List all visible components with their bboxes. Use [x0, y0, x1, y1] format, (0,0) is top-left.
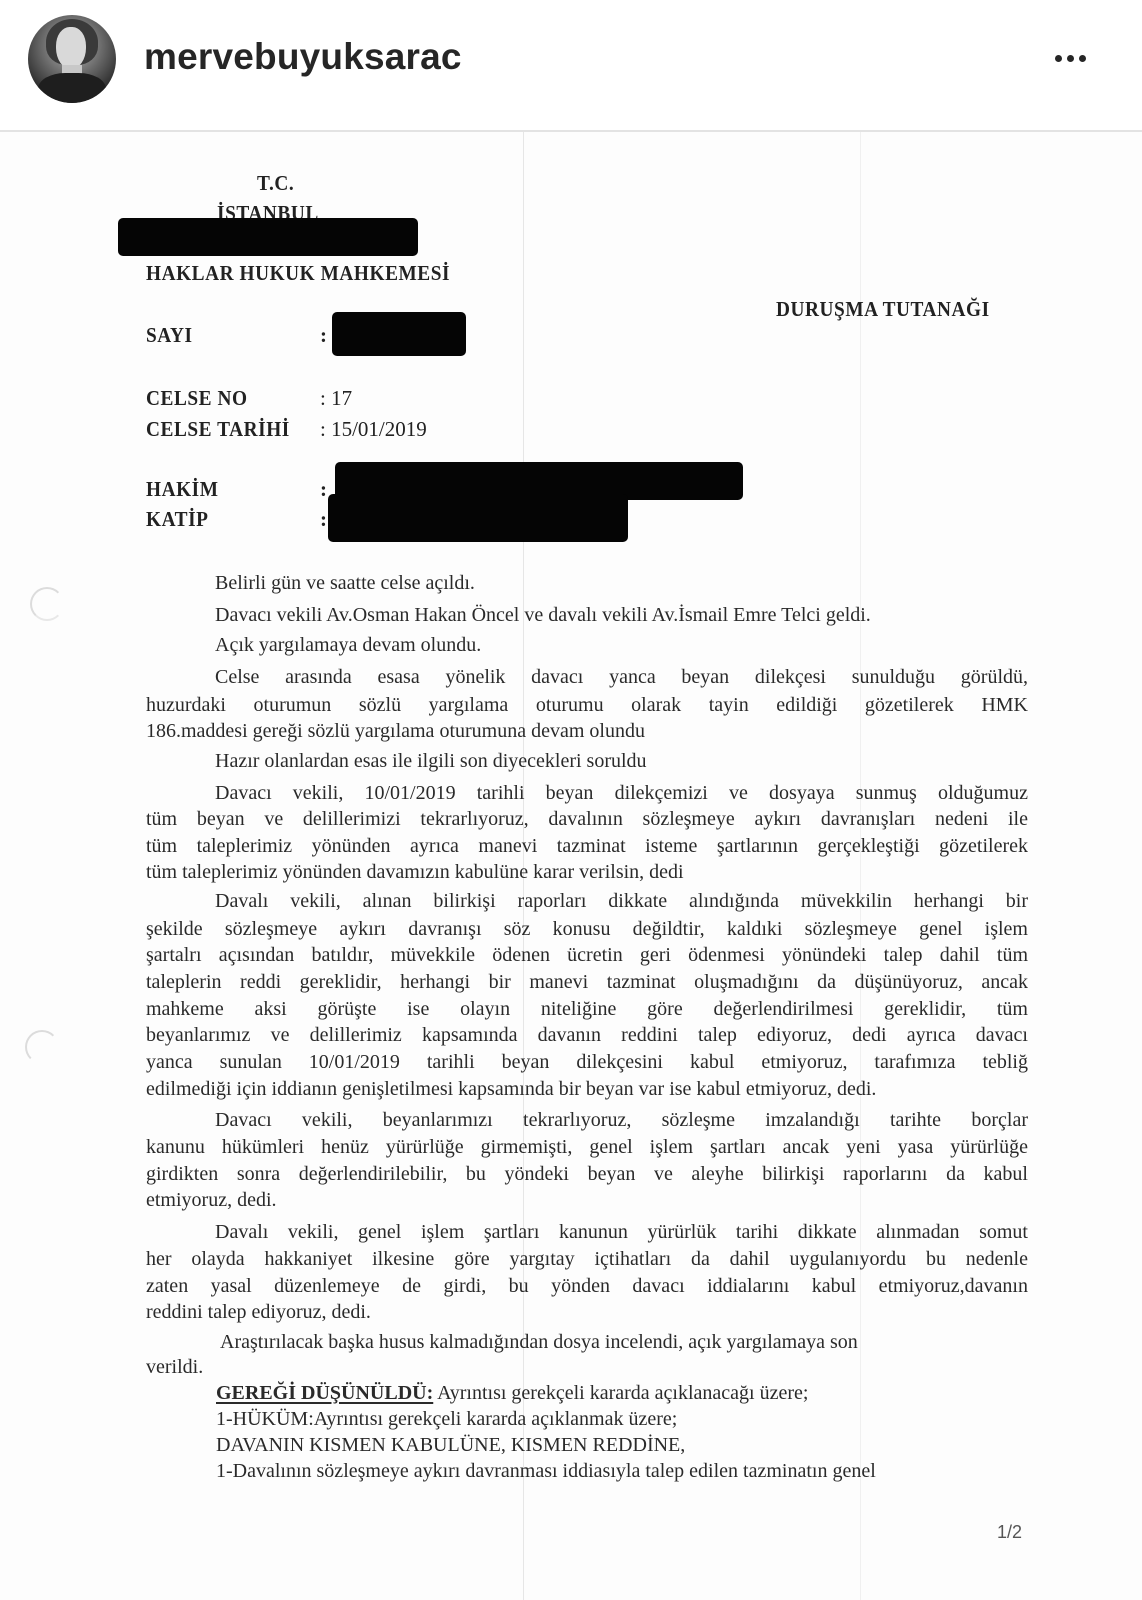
doc-line: huzurdaki oturumun sözlü yargılama oturu…: [146, 692, 1028, 718]
avatar-face: [56, 27, 86, 69]
celse-no-value: : 17: [320, 385, 352, 411]
doc-line: Hazır olanlardan esas ile ilgili son diy…: [215, 748, 1028, 774]
hakim-value: :: [320, 476, 327, 502]
post-header: mervebuyuksarac: [0, 0, 1142, 132]
doc-line: zaten yasal düzenlemeye de girdi, bu yön…: [146, 1273, 1028, 1299]
katip-label: KATİP: [146, 506, 209, 532]
doc-line: Davacı vekili, 10/01/2019 tarihli beyan …: [215, 780, 1028, 806]
verdict-line: DAVANIN KISMEN KABULÜNE, KISMEN REDDİNE,: [216, 1432, 1098, 1458]
more-horizontal-icon: [1055, 55, 1062, 62]
doc-line: şartalrı açısından batıldır, müvekkile ö…: [146, 942, 1028, 968]
verdict-heading: GEREĞİ DÜŞÜNÜLDÜ:: [216, 1382, 433, 1404]
redaction-bar: [118, 218, 418, 256]
celse-tarihi-label: CELSE TARİHİ: [146, 416, 290, 442]
doc-line: Davacı vekili, beyanlarımızı tekrarlıyor…: [215, 1107, 1028, 1133]
doc-line: reddini talep ediyoruz, dedi.: [146, 1299, 1028, 1325]
doc-line: etmiyoruz, dedi.: [146, 1187, 1028, 1213]
verdict-heading-rest: Ayrıntısı gerekçeli kararda açıklanacağı…: [433, 1382, 808, 1404]
doc-line: verildi.: [146, 1354, 1028, 1380]
post-photo[interactable]: T.C. İSTANBUL HAKLAR HUKUK MAHKEMESİ DUR…: [0, 132, 1142, 1600]
court-document: T.C. İSTANBUL HAKLAR HUKUK MAHKEMESİ DUR…: [0, 132, 1142, 1600]
doc-court: HAKLAR HUKUK MAHKEMESİ: [146, 260, 450, 286]
doc-line: Belirli gün ve saatte celse açıldı.: [215, 570, 1028, 596]
doc-title: DURUŞMA TUTANAĞI: [776, 296, 990, 322]
katip-value: :: [320, 506, 327, 532]
doc-line: yanca sunulan 10/01/2019 tarihli beyan d…: [146, 1049, 1028, 1075]
verdict-line: 1-Davalının sözleşmeye aykırı davranması…: [216, 1458, 1098, 1484]
doc-tc: T.C.: [257, 170, 294, 196]
doc-line: tüm beyan ve delillerimizi tekrarlıyoruz…: [146, 806, 1028, 832]
doc-line: beyanlarımız ve delillerimiz kapsamında …: [146, 1022, 1028, 1048]
redaction-bar: [328, 494, 628, 542]
page-number: 1/2: [997, 1522, 1022, 1543]
more-horizontal-icon: [1067, 55, 1074, 62]
doc-line: tüm taleplerimiz yönünden davamızın kabu…: [146, 859, 1028, 885]
sayi-label: SAYI: [146, 322, 193, 348]
doc-line: taleplerin reddi gereklidir, herhangi bi…: [146, 969, 1028, 995]
doc-line: Araştırılacak başka husus kalmadığından …: [220, 1329, 1102, 1355]
doc-line: Davacı vekili Av.Osman Hakan Öncel ve da…: [215, 602, 1028, 628]
doc-line: Celse arasında esasa yönelik davacı yanc…: [215, 664, 1028, 690]
avatar-body: [38, 73, 106, 103]
verdict-heading-line: GEREĞİ DÜŞÜNÜLDÜ: Ayrıntısı gerekçeli ka…: [216, 1380, 1098, 1406]
more-options-button[interactable]: [1040, 40, 1100, 76]
celse-tarihi-value: : 15/01/2019: [320, 416, 427, 442]
doc-line: Davalı vekili, alınan bilirkişi raporlar…: [215, 888, 1028, 914]
hakim-label: HAKİM: [146, 476, 219, 502]
doc-line: kanunu hükümleri henüz yürürlüğe girmemi…: [146, 1134, 1028, 1160]
more-horizontal-icon: [1079, 55, 1086, 62]
redaction-bar: [332, 312, 466, 356]
doc-line: tüm taleplerimiz yönünden ayrıca manevi …: [146, 833, 1028, 859]
doc-line: Davalı vekili, genel işlem şartları kanu…: [215, 1219, 1028, 1245]
doc-line: girdikten sonra değerlendirilebilir, bu …: [146, 1161, 1028, 1187]
sayi-value: :: [320, 322, 327, 348]
doc-line: mahkeme aksi görüşte ise olayın niteliği…: [146, 996, 1028, 1022]
doc-line: 186.maddesi gereği sözlü yargılama oturu…: [146, 718, 1028, 744]
doc-line: her olayda hakkaniyet ilkesine göre yarg…: [146, 1246, 1028, 1272]
verdict-line: 1-HÜKÜM:Ayrıntısı gerekçeli kararda açık…: [216, 1406, 1098, 1432]
celse-no-label: CELSE NO: [146, 385, 248, 411]
doc-line: Açık yargılamaya devam olundu.: [215, 632, 1028, 658]
doc-line: şekilde sözleşmeye aykırı davranışı söz …: [146, 916, 1028, 942]
avatar[interactable]: [28, 15, 116, 103]
username-link[interactable]: mervebuyuksarac: [144, 36, 462, 78]
doc-line: edilmediği için iddianın genişletilmesi …: [146, 1076, 1028, 1102]
